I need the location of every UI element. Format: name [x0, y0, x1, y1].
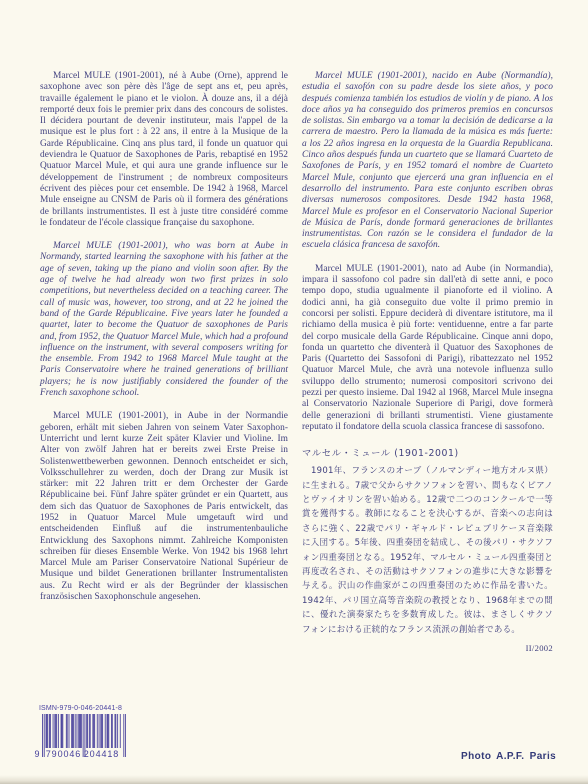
bio-paragraph-french: Marcel MULE (1901-2001), né à Aube (Orne…	[40, 71, 288, 229]
bio-paragraph-italian: Marcel MULE (1901-2001), nato ad Aube (i…	[302, 264, 553, 433]
barcode: ISMN-979-0-046-20441-8 9 790046 204418	[33, 705, 128, 757]
photo-credit: Photo A.P.F. Paris	[461, 751, 556, 762]
bio-paragraph-english: Marcel MULE (1901-2001), who was born at…	[40, 241, 288, 399]
barcode-digit-first: 9	[33, 749, 41, 759]
bio-paragraph-german: Marcel MULE (1901-2001), in Aube in der …	[40, 411, 288, 603]
japanese-heading: マルセル・ミュール (1901-2001)	[302, 445, 553, 459]
barcode-digits-left-group: 790046	[45, 749, 82, 759]
right-text-column: Marcel MULE (1901-2001), nacido en Aube …	[302, 71, 553, 653]
left-text-column: Marcel MULE (1901-2001), né à Aube (Orne…	[40, 71, 288, 615]
booklet-back-page: Marcel MULE (1901-2001), né à Aube (Orne…	[0, 0, 588, 784]
edition-code: II/2002	[302, 643, 553, 653]
barcode-bars-area: 9 790046 204418	[33, 714, 128, 757]
ismn-label: ISMN-979-0-046-20441-8	[33, 705, 128, 712]
bio-paragraph-japanese: 1901年、フランスのオーブ（ノルマンディー地方オルヌ県）に生まれる。7歳で父か…	[302, 464, 553, 637]
bio-paragraph-spanish: Marcel MULE (1901-2001), nacido en Aube …	[302, 71, 553, 252]
barcode-digits-right-group: 204418	[83, 749, 120, 759]
